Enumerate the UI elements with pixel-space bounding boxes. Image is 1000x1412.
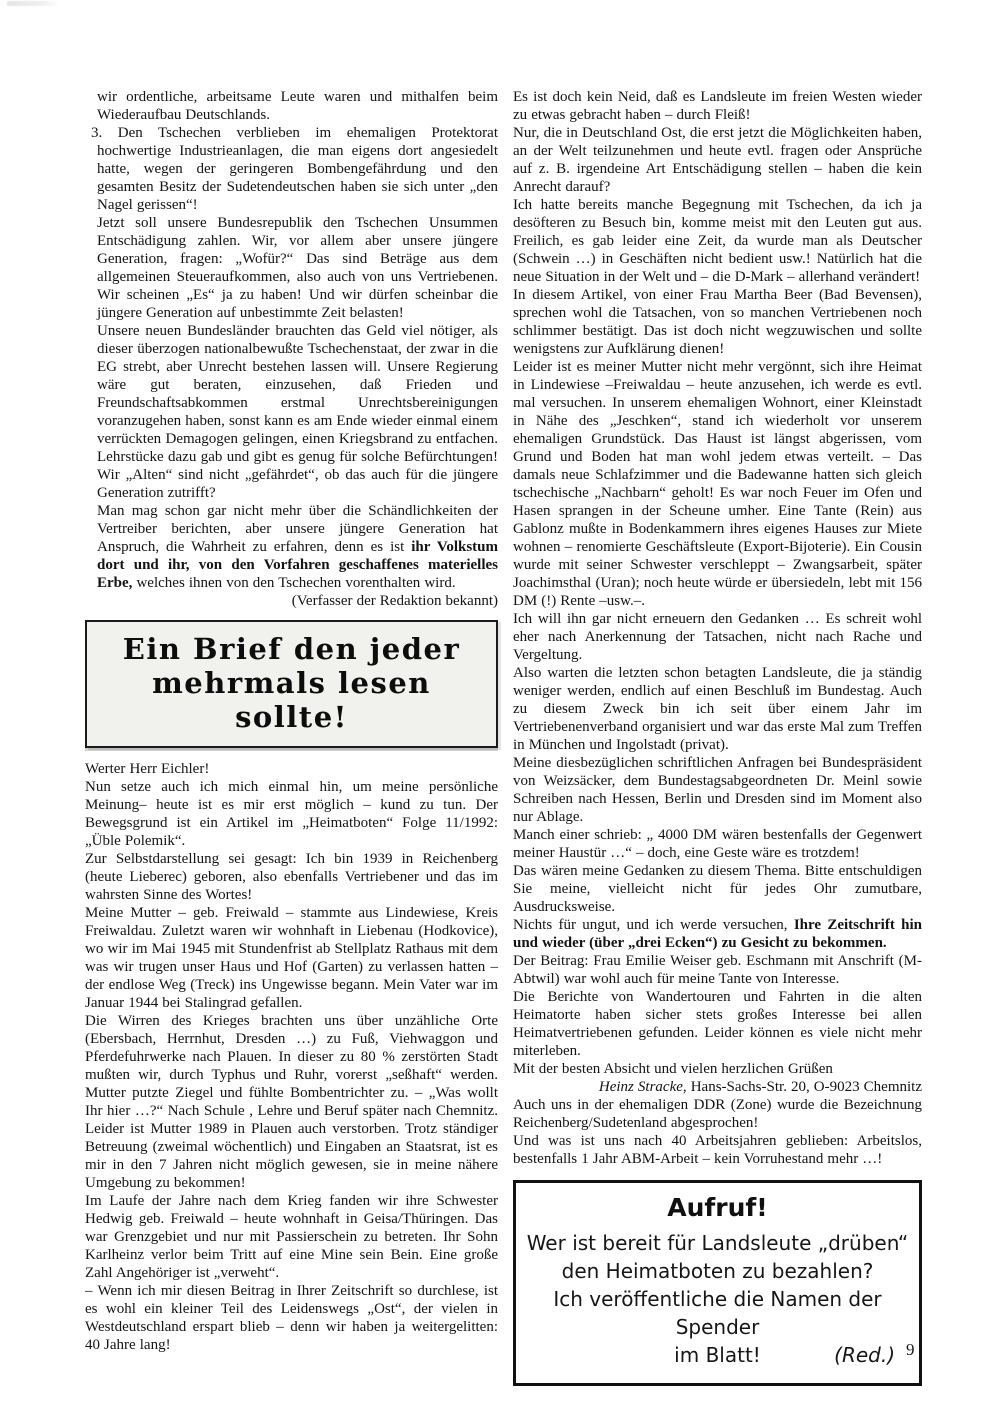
aufruf-signature: (Red.) (834, 1341, 895, 1369)
left-column: wir ordentliche, arbeitsame Leute waren … (85, 88, 498, 1354)
right-column: Es ist doch kein Neid, daß es Landsleute… (513, 88, 922, 1386)
paragraph: Nichts für ungut, und ich werde versuche… (513, 916, 922, 952)
text-run: Also warten die letzten schon betagten L… (513, 665, 922, 753)
paragraph: Meine Mutter – geb. Freiwald – stammte a… (85, 904, 498, 1012)
text-run: Manch einer schrieb: „ 4000 DM wären bes… (513, 827, 922, 861)
text-run: Die Berichte von Wandertouren und Fahrte… (513, 989, 922, 1059)
scanned-newsletter-page: wir ordentliche, arbeitsame Leute waren … (0, 0, 1000, 1412)
aufruf-title: Aufruf! (526, 1193, 909, 1223)
page-number: 9 (906, 1340, 915, 1360)
paragraph: Das wären meine Gedanken zu diesem Thema… (513, 862, 922, 916)
text-run: Im Laufe der Jahre nach dem Krieg fanden… (85, 1193, 498, 1281)
paragraph: Auch uns in der ehemaligen DDR (Zone) wu… (513, 1096, 922, 1132)
paragraph: Meine diesbezüglichen schriftlichen Anfr… (513, 754, 922, 826)
paragraph: 3. Den Tschechen verblieben im ehemalige… (85, 124, 498, 214)
paragraph: Nur, die in Deutschland Ost, die erst je… (513, 124, 922, 196)
aufruf-line: Wer ist bereit für Landsleute „drüben“ (526, 1229, 909, 1257)
text-run: Meine diesbezüglichen schriftlichen Anfr… (513, 755, 922, 825)
text-run: Der Beitrag: Frau Emilie Weiser geb. Esc… (513, 953, 922, 987)
text-run: 3. Den Tschechen verblieben im ehemalige… (91, 125, 498, 213)
headline-line-1: Ein Brief den jeder (91, 632, 492, 666)
aufruf-line: Ich veröffentliche die Namen der Spender (526, 1285, 909, 1341)
text-run: Das wären meine Gedanken zu diesem Thema… (513, 863, 922, 915)
text-run: Auch uns in der ehemaligen DDR (Zone) wu… (513, 1097, 922, 1131)
text-run: welches ihnen von den Tschechen vorentha… (132, 575, 455, 591)
paragraph: Also warten die letzten schon betagten L… (513, 664, 922, 754)
paragraph: Jetzt soll unsere Bundesrepublik den Tsc… (85, 214, 498, 322)
paragraph: Es ist doch kein Neid, daß es Landsleute… (513, 88, 922, 124)
headline-box: Ein Brief den jeder mehrmals lesen sollt… (85, 620, 498, 748)
paragraph: Die Wirren des Krieges brachten uns über… (85, 1012, 498, 1192)
text-run: , Hans-Sachs-Str. 20, O-9023 Chemnitz (683, 1079, 922, 1095)
text-run: Ich will ihn gar nicht erneuern den Geda… (513, 611, 922, 663)
scan-artifact (7, 1, 59, 6)
text-run: Meine Mutter – geb. Freiwald – stammte a… (85, 905, 498, 1011)
paragraph: Im Laufe der Jahre nach dem Krieg fanden… (85, 1192, 498, 1282)
aufruf-im-blatt: im Blatt! (674, 1343, 761, 1367)
text-run: Nur, die in Deutschland Ost, die erst je… (513, 125, 922, 195)
text-run: Werter Herr Eichler! (85, 761, 209, 777)
letter-body-section: Werter Herr Eichler!Nun setze auch ich m… (85, 760, 498, 1354)
paragraph: Und was ist uns nach 40 Arbeitsjahren ge… (513, 1132, 922, 1168)
text-run: Die Wirren des Krieges brachten uns über… (85, 1013, 498, 1191)
aufruf-box: Aufruf! Wer ist bereit für Landsleute „d… (513, 1180, 922, 1386)
paragraph: Nun setze auch ich mich einmal hin, um m… (85, 778, 498, 850)
text-run: Ich hatte bereits manche Begegnung mit T… (513, 197, 922, 285)
paragraph: Heinz Stracke, Hans-Sachs-Str. 20, O-902… (513, 1078, 922, 1096)
paragraph: Zur Selbstdarstellung sei gesagt: Ich bi… (85, 850, 498, 904)
paragraph: Ich will ihn gar nicht erneuern den Geda… (513, 610, 922, 664)
text-run: Nichts für ungut, und ich werde versuche… (513, 917, 794, 933)
paragraph: Der Beitrag: Frau Emilie Weiser geb. Esc… (513, 952, 922, 988)
text-run: Jetzt soll unsere Bundesrepublik den Tsc… (97, 215, 498, 321)
text-run: Leider ist es meiner Mutter nicht mehr v… (513, 359, 922, 609)
paragraph: (Verfasser der Redaktion bekannt) (85, 592, 498, 610)
paragraph: Leider ist es meiner Mutter nicht mehr v… (513, 358, 922, 610)
paragraph: Werter Herr Eichler! (85, 760, 498, 778)
paragraph: Mit der besten Absicht und vielen herzli… (513, 1060, 922, 1078)
text-run: – Wenn ich mir diesen Beitrag in Ihrer Z… (85, 1283, 498, 1353)
text-run: Nun setze auch ich mich einmal hin, um m… (85, 779, 498, 849)
paragraph: Unsere neuen Bundesländer brauchten das … (85, 322, 498, 502)
paragraph: Die Berichte von Wandertouren und Fahrte… (513, 988, 922, 1060)
paragraph: Manch einer schrieb: „ 4000 DM wären bes… (513, 826, 922, 862)
text-run: wir ordentliche, arbeitsame Leute waren … (97, 89, 498, 123)
text-run: Unsere neuen Bundesländer brauchten das … (97, 323, 498, 501)
text-run: Zur Selbstdarstellung sei gesagt: Ich bi… (85, 851, 498, 903)
paragraph: In diesem Artikel, von einer Frau Martha… (513, 286, 922, 358)
paragraph: Ich hatte bereits manche Begegnung mit T… (513, 196, 922, 286)
paragraph: – Wenn ich mir diesen Beitrag in Ihrer Z… (85, 1282, 498, 1354)
aufruf-line: den Heimatboten zu bezahlen? (526, 1257, 909, 1285)
aufruf-last-line: im Blatt! (Red.) (526, 1341, 909, 1369)
article-continuation-section: wir ordentliche, arbeitsame Leute waren … (85, 88, 498, 610)
text-run: Mit der besten Absicht und vielen herzli… (513, 1061, 833, 1077)
text-run: Und was ist uns nach 40 Arbeitsjahren ge… (513, 1133, 922, 1167)
paragraph: wir ordentliche, arbeitsame Leute waren … (85, 88, 498, 124)
text-run: Heinz Stracke (599, 1079, 683, 1095)
paragraph: Man mag schon gar nicht mehr über die Sc… (85, 502, 498, 592)
headline-line-2: mehrmals lesen sollte! (91, 666, 492, 734)
text-run: In diesem Artikel, von einer Frau Martha… (513, 287, 922, 357)
text-run: Es ist doch kein Neid, daß es Landsleute… (513, 89, 922, 123)
letter-continuation-section: Es ist doch kein Neid, daß es Landsleute… (513, 88, 922, 1168)
text-run: (Verfasser der Redaktion bekannt) (292, 593, 498, 609)
